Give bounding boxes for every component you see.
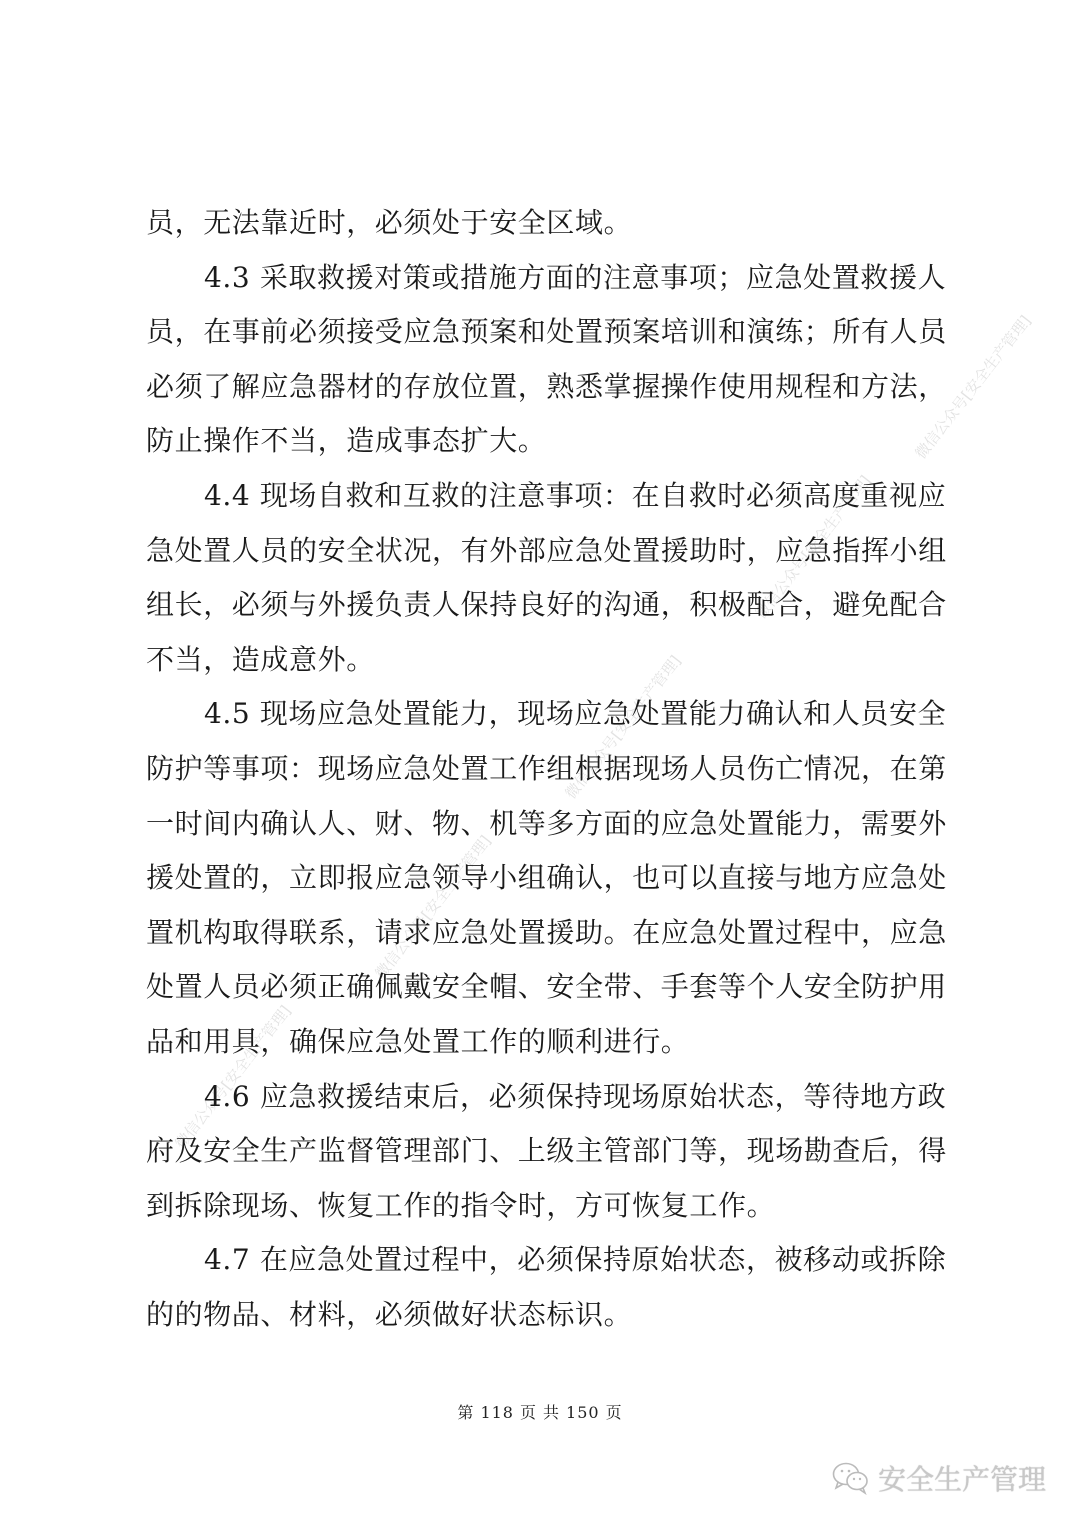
text-line: 4.5 现场应急处置能力，现场应急处置能力确认和人员安全 [146,687,946,742]
footer-prefix: 第 [457,1403,474,1422]
text-line: 到拆除现场、恢复工作的指令时，方可恢复工作。 [146,1179,946,1234]
brand-watermark: 安全生产管理 [832,1458,1046,1498]
footer-page-word: 页 [520,1403,537,1422]
text-line: 4.4 现场自救和互救的注意事项：在自救时必须高度重视应 [146,469,946,524]
text-line: 一时间内确认人、财、物、机等多方面的应急处置能力，需要外 [146,797,946,852]
text-line: 必须了解应急器材的存放位置，熟悉掌握操作使用规程和方法， [146,360,946,415]
text-line: 的的物品、材料，必须做好状态标识。 [146,1288,946,1343]
text-line: 处置人员必须正确佩戴安全帽、安全带、手套等个人安全防护用 [146,960,946,1015]
footer-suffix: 页 [606,1403,623,1422]
text-line: 急处置人员的安全状况，有外部应急处置援助时，应急指挥小组 [146,524,946,579]
footer-total-word: 共 [543,1403,560,1422]
text-line: 4.6 应急救援结束后，必须保持现场原始状态，等待地方政 [146,1070,946,1125]
text-line: 不当，造成意外。 [146,633,946,688]
text-line: 品和用具，确保应急处置工作的顺利进行。 [146,1015,946,1070]
text-line: 4.7 在应急处置过程中，必须保持原始状态，被移动或拆除 [146,1233,946,1288]
text-line: 防止操作不当，造成事态扩大。 [146,414,946,469]
document-body: 员，无法靠近时，必须处于安全区域。4.3 采取救援对策或措施方面的注意事项；应急… [146,196,946,1342]
text-line: 置机构取得联系，请求应急处置援助。在应急处置过程中，应急 [146,906,946,961]
document-page: 微信公众号[安全生产管理] 微信公众号[安全生产管理] 微信公众号[安全生产管理… [0,0,1080,1528]
text-line: 员，在事前必须接受应急预案和处置预案培训和演练；所有人员 [146,305,946,360]
footer-current-page: 118 [480,1403,514,1422]
text-line: 员，无法靠近时，必须处于安全区域。 [146,196,946,251]
text-line: 防护等事项：现场应急处置工作组根据现场人员伤亡情况，在第 [146,742,946,797]
brand-name: 安全生产管理 [878,1458,1046,1498]
text-line: 援处置的，立即报应急领导小组确认，也可以直接与地方应急处 [146,851,946,906]
text-line: 4.3 采取救援对策或措施方面的注意事项；应急处置救援人 [146,251,946,306]
footer-total-pages: 150 [566,1403,600,1422]
page-footer: 第118页共150页 [0,1400,1080,1423]
wechat-icon [832,1461,870,1495]
text-line: 府及安全生产监督管理部门、上级主管部门等，现场勘查后，得 [146,1124,946,1179]
text-line: 组长，必须与外援负责人保持良好的沟通，积极配合，避免配合 [146,578,946,633]
